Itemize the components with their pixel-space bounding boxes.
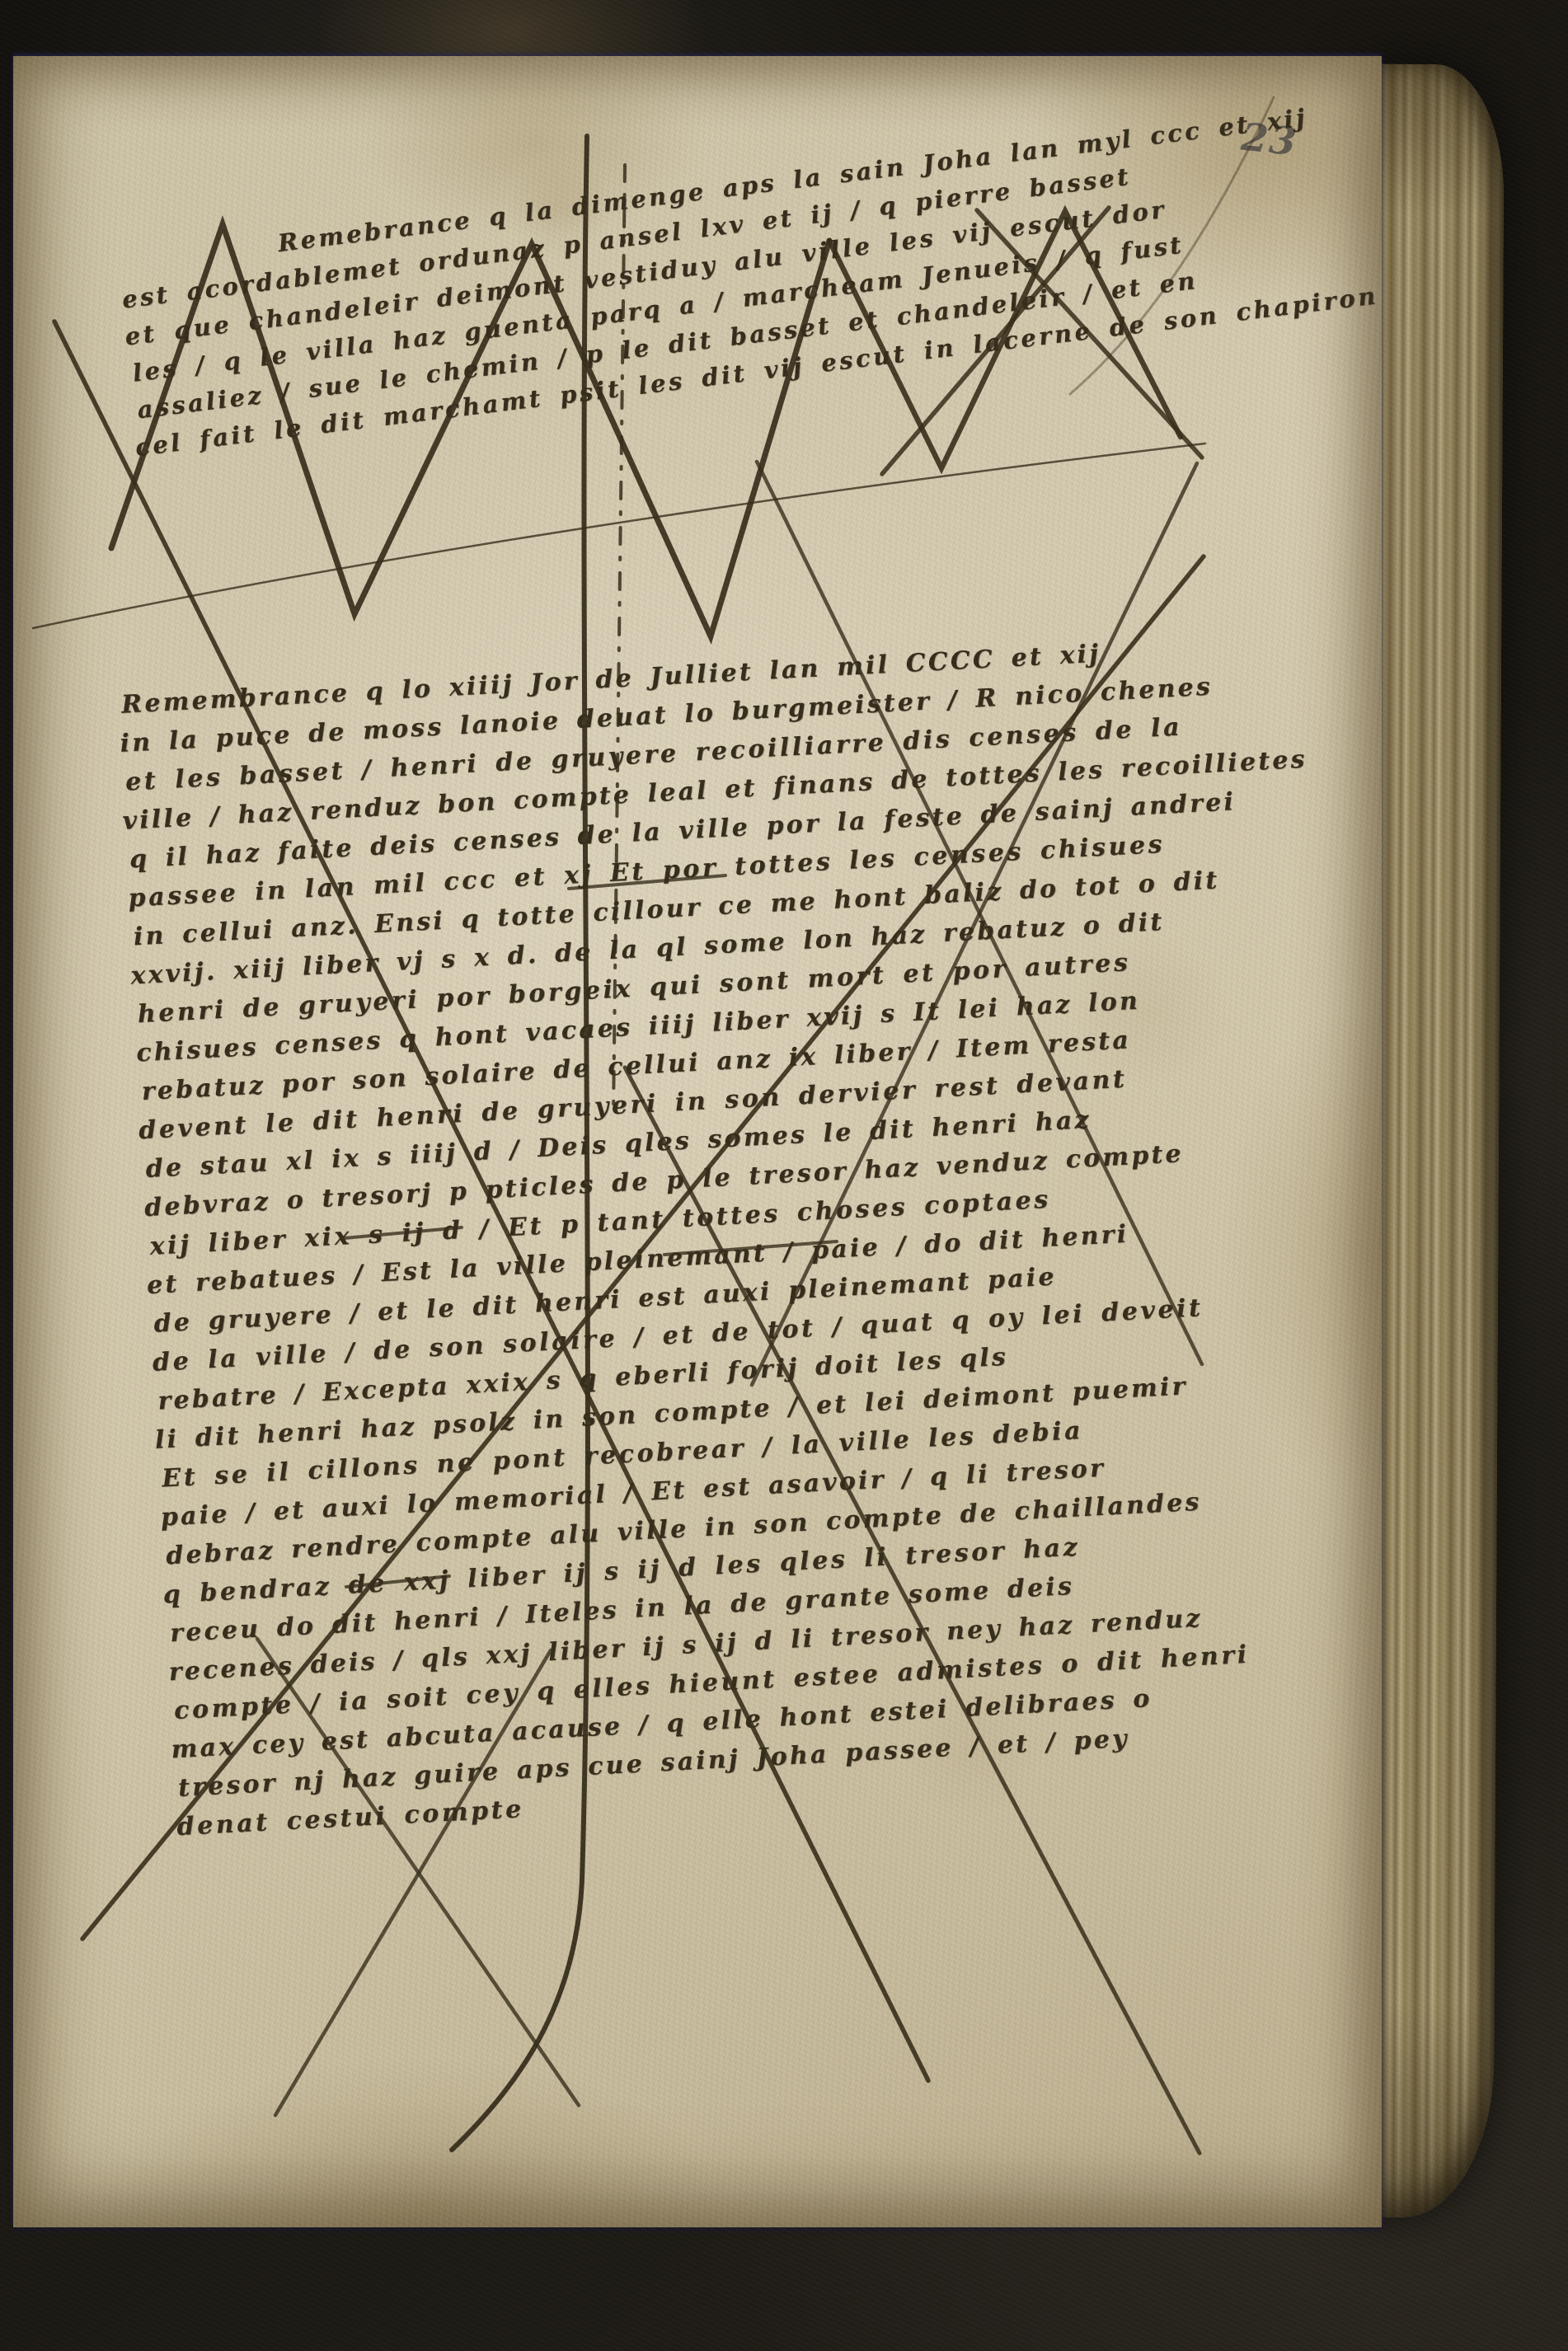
cancelled-entry-main: Remembrance q lo xiiij Jor de Julliet la… (117, 624, 1363, 1847)
photograph-of-manuscript: { "folio": { "number": "23" }, "colors":… (0, 0, 1568, 2351)
